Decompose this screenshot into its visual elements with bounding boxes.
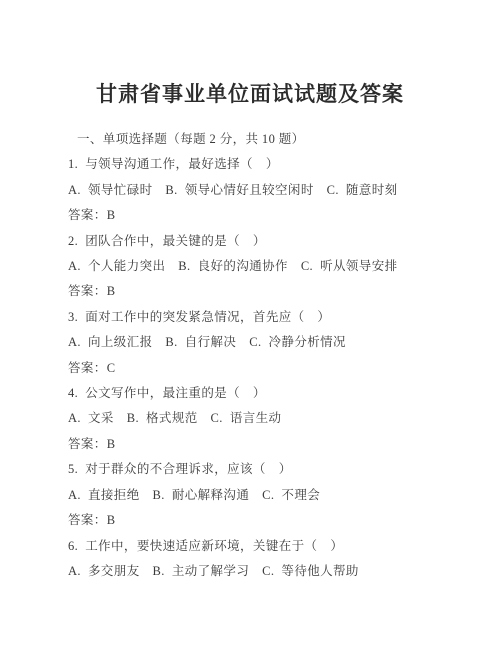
document-page: 甘肃省事业单位面试试题及答案 一、单项选择题（每题 2 分，共 10 题） 1.… (0, 0, 500, 647)
document-body: 一、单项选择题（每题 2 分，共 10 题） 1. 与领导沟通工作，最好选择（ … (0, 127, 500, 584)
question-block-1: 1. 与领导沟通工作，最好选择（ ） A. 领导忙碌时 B. 领导心情好且较空闲… (68, 152, 470, 228)
question-answer: 答案：B (68, 508, 470, 533)
question-answer: 答案：B (68, 279, 470, 304)
question-stem: 5. 对于群众的不合理诉求，应该（ ） (68, 457, 470, 482)
question-options: A. 文采 B. 格式规范 C. 语言生动 (68, 406, 470, 431)
question-stem: 1. 与领导沟通工作，最好选择（ ） (68, 152, 470, 177)
question-stem: 3. 面对工作中的突发紧急情况，首先应（ ） (68, 305, 470, 330)
question-block-5: 5. 对于群众的不合理诉求，应该（ ） A. 直接拒绝 B. 耐心解释沟通 C.… (68, 457, 470, 533)
question-options: A. 直接拒绝 B. 耐心解释沟通 C. 不理会 (68, 483, 470, 508)
question-answer: 答案：C (68, 356, 470, 381)
question-stem: 4. 公文写作中，最注重的是（ ） (68, 381, 470, 406)
question-stem: 2. 团队合作中，最关键的是（ ） (68, 229, 470, 254)
question-block-3: 3. 面对工作中的突发紧急情况，首先应（ ） A. 向上级汇报 B. 自行解决 … (68, 305, 470, 381)
question-options: A. 向上级汇报 B. 自行解决 C. 冷静分析情况 (68, 330, 470, 355)
section-heading: 一、单项选择题（每题 2 分，共 10 题） (68, 127, 470, 152)
question-block-6: 6. 工作中，要快速适应新环境，关键在于（ ） A. 多交朋友 B. 主动了解学… (68, 534, 470, 585)
question-block-2: 2. 团队合作中，最关键的是（ ） A. 个人能力突出 B. 良好的沟通协作 C… (68, 229, 470, 305)
question-options: A. 个人能力突出 B. 良好的沟通协作 C. 听从领导安排 (68, 254, 470, 279)
question-answer: 答案：B (68, 432, 470, 457)
question-options: A. 领导忙碌时 B. 领导心情好且较空闲时 C. 随意时刻 (68, 178, 470, 203)
question-answer: 答案：B (68, 203, 470, 228)
question-block-4: 4. 公文写作中，最注重的是（ ） A. 文采 B. 格式规范 C. 语言生动 … (68, 381, 470, 457)
question-options: A. 多交朋友 B. 主动了解学习 C. 等待他人帮助 (68, 559, 470, 584)
question-stem: 6. 工作中，要快速适应新环境，关键在于（ ） (68, 534, 470, 559)
document-title: 甘肃省事业单位面试试题及答案 (0, 0, 500, 108)
